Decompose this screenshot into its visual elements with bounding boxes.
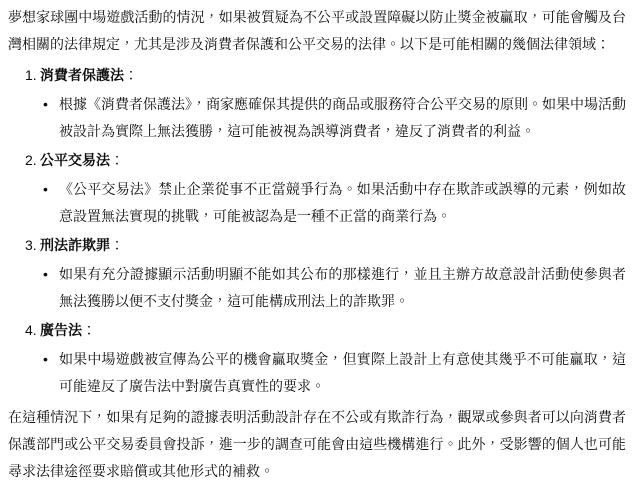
sub-list-item-text: 如果有充分證據顯示活動明顯不能如其公布的那樣進行，並且主辦方故意設計活動使參與者… <box>59 261 626 315</box>
list-item-consumer-protection: 1.消費者保護法： • 根據《消費者保護法》，商家應確保其提供的商品或服務符合公… <box>25 62 626 145</box>
sub-list-item-text: 《公平交易法》禁止企業從事不正當競爭行為。如果活動中存在欺詐或誤導的元素，例如故… <box>59 176 626 230</box>
list-item-title: 廣告法 <box>40 322 82 338</box>
list-item-colon: ： <box>110 237 124 253</box>
list-item-advertising-law: 4.廣告法： • 如果中場遊戲被宣傳為公平的機會贏取獎金，但實際上設計上有意使其… <box>25 317 626 400</box>
list-number: 2. <box>25 147 40 174</box>
bullet-icon: • <box>43 176 59 203</box>
sub-list: • 《公平交易法》禁止企業從事不正當競爭行為。如果活動中存在欺詐或誤導的元素，例… <box>25 176 626 230</box>
legal-areas-list: 1.消費者保護法： • 根據《消費者保護法》，商家應確保其提供的商品或服務符合公… <box>8 62 626 400</box>
intro-paragraph: 夢想家球團中場遊戲活動的情況，如果被質疑為不公平或設置障礙以防止獎金被贏取，可能… <box>8 4 626 58</box>
document: 夢想家球團中場遊戲活動的情況，如果被質疑為不公平或設置障礙以防止獎金被贏取，可能… <box>0 0 640 485</box>
bullet-icon: • <box>43 346 59 373</box>
sub-list-item: • 如果中場遊戲被宣傳為公平的機會贏取獎金，但實際上設計上有意使其幾乎不可能贏取… <box>25 346 626 400</box>
list-item-colon: ： <box>124 67 138 83</box>
list-item-title: 公平交易法 <box>40 152 110 168</box>
list-item-title: 消費者保護法 <box>40 67 124 83</box>
sub-list-item: • 《公平交易法》禁止企業從事不正當競爭行為。如果活動中存在欺詐或誤導的元素，例… <box>25 176 626 230</box>
sub-list: • 如果中場遊戲被宣傳為公平的機會贏取獎金，但實際上設計上有意使其幾乎不可能贏取… <box>25 346 626 400</box>
sub-list-item: • 根據《消費者保護法》，商家應確保其提供的商品或服務符合公平交易的原則。如果中… <box>25 91 626 145</box>
list-item-heading: 3.刑法詐欺罪： <box>25 232 626 259</box>
list-item-heading: 2.公平交易法： <box>25 147 626 174</box>
sub-list-item-text: 根據《消費者保護法》，商家應確保其提供的商品或服務符合公平交易的原則。如果中場活… <box>59 91 626 145</box>
list-number: 3. <box>25 232 40 259</box>
bullet-icon: • <box>43 91 59 118</box>
bullet-icon: • <box>43 261 59 288</box>
list-item-colon: ： <box>82 322 96 338</box>
list-item-heading: 1.消費者保護法： <box>25 62 626 89</box>
conclusion-paragraph: 在這種情況下，如果有足夠的證據表明活動設計存在不公或有欺詐行為，觀眾或參與者可以… <box>8 404 626 485</box>
list-item-criminal-fraud: 3.刑法詐欺罪： • 如果有充分證據顯示活動明顯不能如其公布的那樣進行，並且主辦… <box>25 232 626 315</box>
list-item-fair-trade: 2.公平交易法： • 《公平交易法》禁止企業從事不正當競爭行為。如果活動中存在欺… <box>25 147 626 230</box>
sub-list: • 如果有充分證據顯示活動明顯不能如其公布的那樣進行，並且主辦方故意設計活動使參… <box>25 261 626 315</box>
sub-list-item: • 如果有充分證據顯示活動明顯不能如其公布的那樣進行，並且主辦方故意設計活動使參… <box>25 261 626 315</box>
list-item-colon: ： <box>110 152 124 168</box>
list-number: 1. <box>25 62 40 89</box>
list-item-title: 刑法詐欺罪 <box>40 237 110 253</box>
sub-list: • 根據《消費者保護法》，商家應確保其提供的商品或服務符合公平交易的原則。如果中… <box>25 91 626 145</box>
list-item-heading: 4.廣告法： <box>25 317 626 344</box>
list-number: 4. <box>25 317 40 344</box>
sub-list-item-text: 如果中場遊戲被宣傳為公平的機會贏取獎金，但實際上設計上有意使其幾乎不可能贏取，這… <box>59 346 626 400</box>
